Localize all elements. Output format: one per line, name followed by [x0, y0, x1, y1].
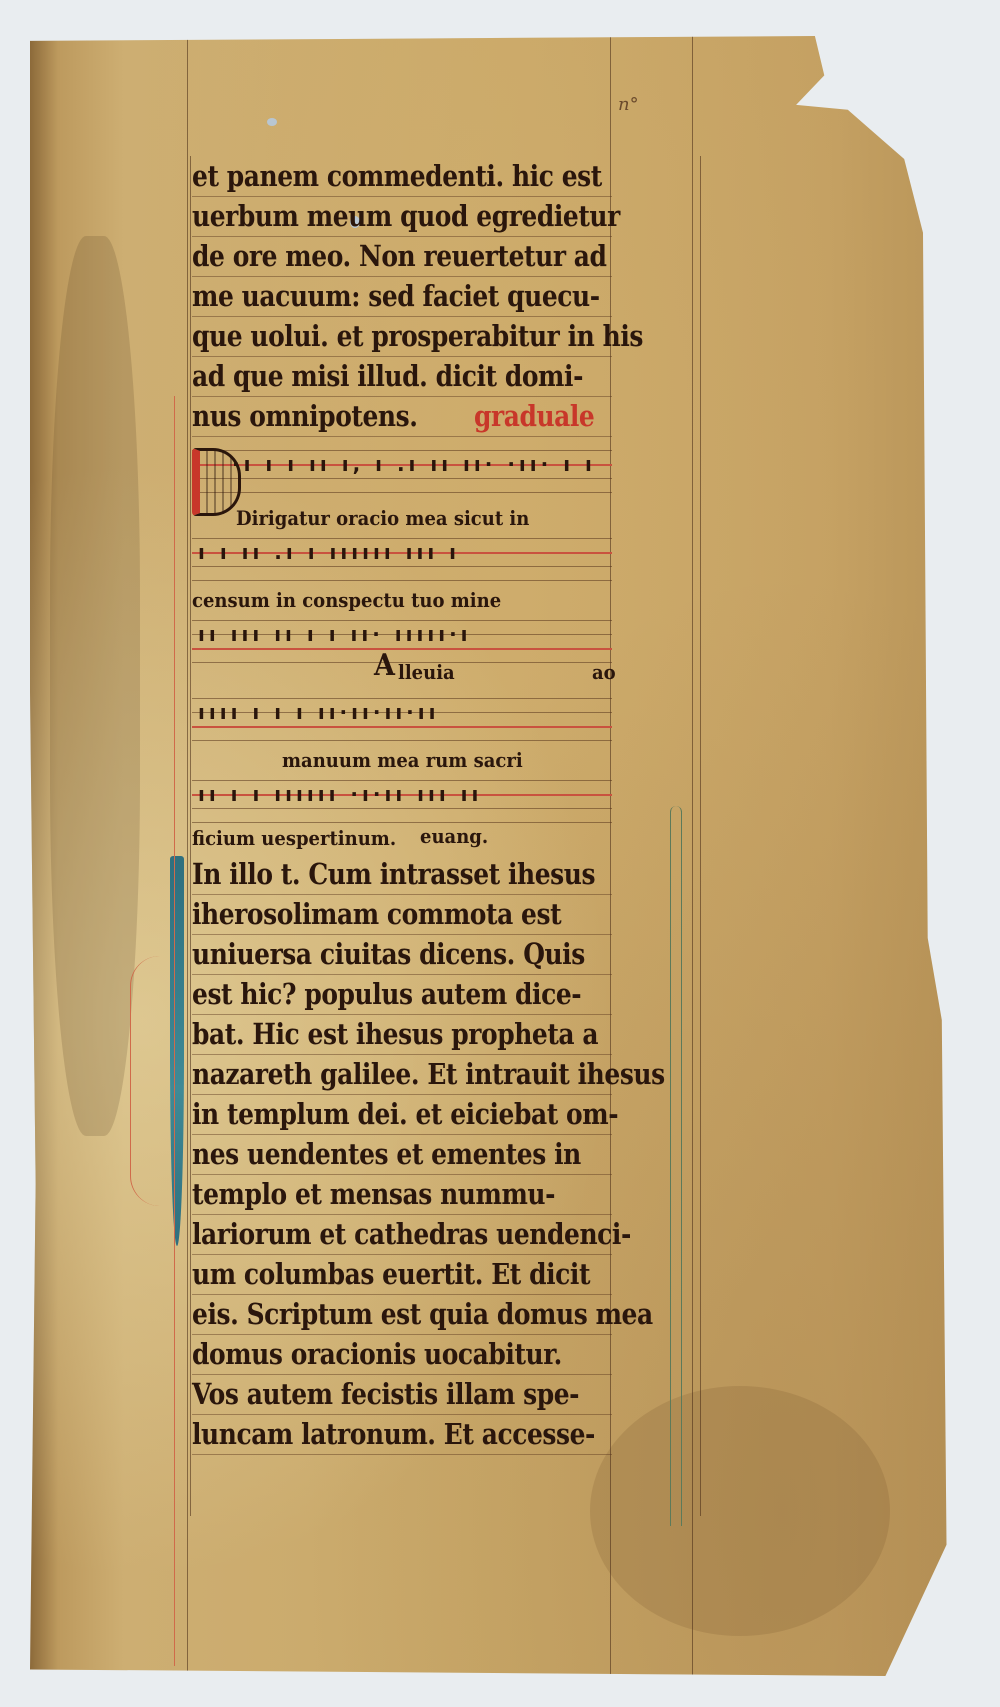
ruling-line	[700, 156, 701, 1516]
neumes: ı ı ıı .ı ı ıııııı ııı ı	[198, 540, 460, 564]
text-line: et panem commedenti. hic est	[192, 156, 612, 197]
music-stave: ı ı ıı .ı ı ıııııı ııı ı	[192, 534, 612, 592]
ruling-line	[692, 36, 693, 1676]
music-stave: ·ı ı ı ıı ı, ı .ı ıı ıı· ·ıı· ı ı	[192, 446, 612, 504]
penwork-flourish	[130, 956, 161, 1206]
text-line: uerbum meum quod egredietur	[192, 196, 612, 237]
neumes: ıııı ı ı ı ıı·ıı·ıı·ıı	[198, 700, 439, 724]
rubric-initial-alleluia: A	[374, 648, 395, 683]
chant-lyric: lleuia	[398, 660, 455, 684]
chant-lyric: ficium uespertinum.	[192, 826, 396, 850]
chant-lyric: Dirigatur oracio mea sicut in	[236, 506, 529, 530]
rubric-gospel: euang.	[420, 824, 488, 848]
neumes: ıı ııı ıı ı ı ıı· ııııı·ı	[198, 622, 472, 646]
text-line: ad que misi illud. dicit domi-	[192, 356, 612, 397]
stain	[590, 1386, 890, 1636]
manuscript-leaf: n° et panem commedenti. hic est uerbum m…	[30, 36, 970, 1676]
chant-lyric: censum in conspectu tuo mine	[192, 588, 501, 612]
ruling-line	[187, 36, 188, 1676]
chant-lyric: ao	[592, 660, 616, 684]
initial-d	[192, 448, 241, 516]
rubric-gradual: graduale	[474, 399, 594, 433]
parchment-hole	[267, 118, 277, 126]
neumes: ıı ı ı ıııııı ·ı·ıı ııı ıı	[198, 782, 482, 806]
penwork-stem-green	[670, 806, 682, 1526]
text-line: nus omnipotens. graduale	[192, 396, 612, 437]
ruling-line	[190, 156, 191, 1516]
text-line: me uacuum: sed faciet quecu-	[192, 276, 612, 317]
music-stave: ıııı ı ı ı ıı·ıı·ıı·ıı	[192, 694, 612, 752]
text-line: de ore meo. Non reuertetur ad	[192, 236, 612, 277]
marginal-note: n°	[618, 94, 639, 115]
chant-lyric: manuum mea rum sacri	[282, 748, 523, 772]
neumes: ·ı ı ı ıı ı, ı .ı ıı ıı· ·ıı· ı ı	[232, 452, 596, 476]
edge-stain	[50, 236, 140, 1136]
text-line: que uolui. et prosperabitur in his	[192, 316, 612, 357]
